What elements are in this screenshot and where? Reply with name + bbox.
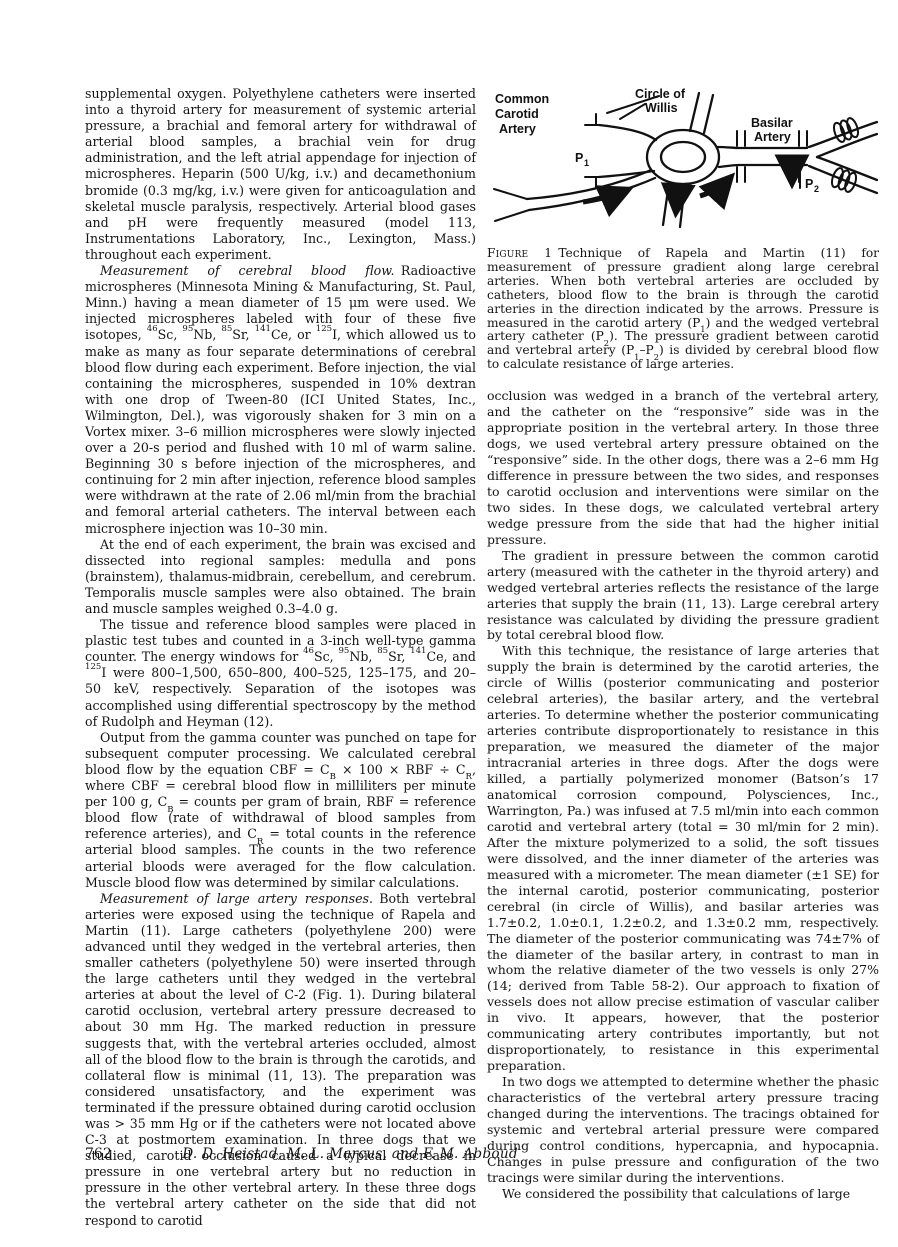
svg-text:2: 2 <box>814 184 819 194</box>
svg-text:Willis: Willis <box>645 101 678 115</box>
common-carotid-artery-label: Common Carotid Artery <box>495 92 549 136</box>
running-authors: D. D. Heistad, M. L. Marcus, and F. M. A… <box>182 1146 518 1162</box>
svg-text:P: P <box>805 177 813 191</box>
svg-text:Artery: Artery <box>499 122 536 136</box>
circle-of-willis-vessel <box>647 130 719 184</box>
paragraph: With this technique, the resistance of l… <box>487 643 879 1074</box>
left-column: supplemental oxygen. Polyethylene cathet… <box>85 86 476 1229</box>
svg-text:Artery: Artery <box>754 130 791 144</box>
flow-arrow-icon <box>583 190 627 202</box>
figure-1-diagram: Common Carotid Artery Circle of Willis B… <box>487 85 879 233</box>
basilar-artery-label: Basilar Artery <box>751 116 793 144</box>
paragraph: Measurement of cerebral blood flow. Radi… <box>85 263 476 537</box>
page-number: 762 <box>85 1146 112 1162</box>
svg-text:Basilar: Basilar <box>751 116 793 130</box>
lower-carotid-branch <box>494 170 655 221</box>
paragraph: We considered the possibility that calcu… <box>487 1186 879 1202</box>
paragraph: The gradient in pressure between the com… <box>487 548 879 644</box>
svg-text:Circle of: Circle of <box>635 87 686 101</box>
right-column: Common Carotid Artery Circle of Willis B… <box>487 85 879 1202</box>
paragraph: occlusion was wedged in a branch of the … <box>487 388 879 548</box>
flow-arrow-icon <box>673 188 676 211</box>
svg-text:1: 1 <box>584 158 589 168</box>
svg-text:Common: Common <box>495 92 549 106</box>
paragraph: supplemental oxygen. Polyethylene cathet… <box>85 86 476 263</box>
page-footer: 762 D. D. Heistad, M. L. Marcus, and F. … <box>85 1146 879 1162</box>
p1-label: P 1 <box>575 151 589 168</box>
figure-1-caption: Figure 1 Technique of Rapela and Martin … <box>487 247 879 372</box>
paragraph: The tissue and reference blood samples w… <box>85 617 476 730</box>
paragraph: Output from the gamma counter was punche… <box>85 730 476 891</box>
p2-label: P 2 <box>805 177 819 194</box>
journal-page: supplemental oxygen. Polyethylene cathet… <box>0 0 898 1247</box>
paragraph: In two dogs we attempted to determine wh… <box>487 1074 879 1186</box>
paragraph: Measurement of large artery responses. B… <box>85 891 476 1229</box>
svg-text:Carotid: Carotid <box>495 107 539 121</box>
flow-arrow-icon <box>700 178 730 196</box>
paragraph: At the end of each experiment, the brain… <box>85 537 476 617</box>
svg-text:P: P <box>575 151 583 165</box>
